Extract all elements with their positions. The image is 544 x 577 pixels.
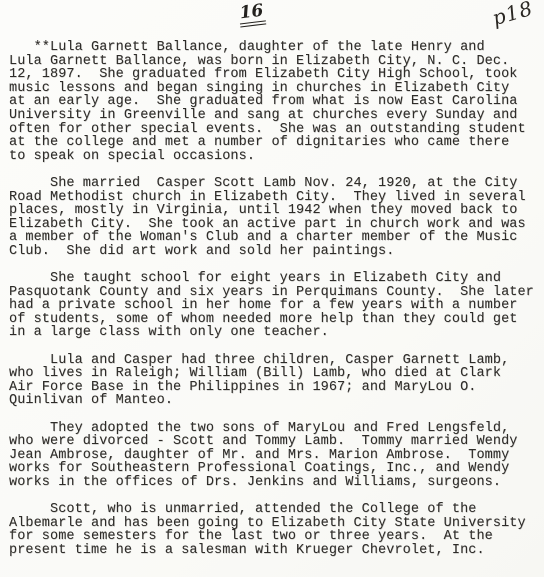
typed-paragraph: She married Casper Scott Lamb Nov. 24, 1… [9, 177, 540, 259]
typed-paragraph: Lula and Casper had three children, Casp… [9, 354, 540, 408]
handwritten-page-number: 16 [238, 3, 266, 28]
handwritten-corner-note: p18 [490, 0, 535, 28]
typed-paragraph: They adopted the two sons of MaryLou and… [9, 422, 540, 490]
typed-paragraph: Scott, who is unmarried, attended the Co… [9, 503, 540, 557]
scanned-document-page: 16 p18 **Lula Garnett Ballance, daughter… [0, 0, 544, 577]
typed-paragraph: She taught school for eight years in Eli… [9, 272, 540, 340]
typed-paragraph: **Lula Garnett Ballance, daughter of the… [9, 41, 540, 163]
page-number-text: 16 [238, 3, 266, 28]
typed-text-body: **Lula Garnett Ballance, daughter of the… [9, 41, 540, 558]
